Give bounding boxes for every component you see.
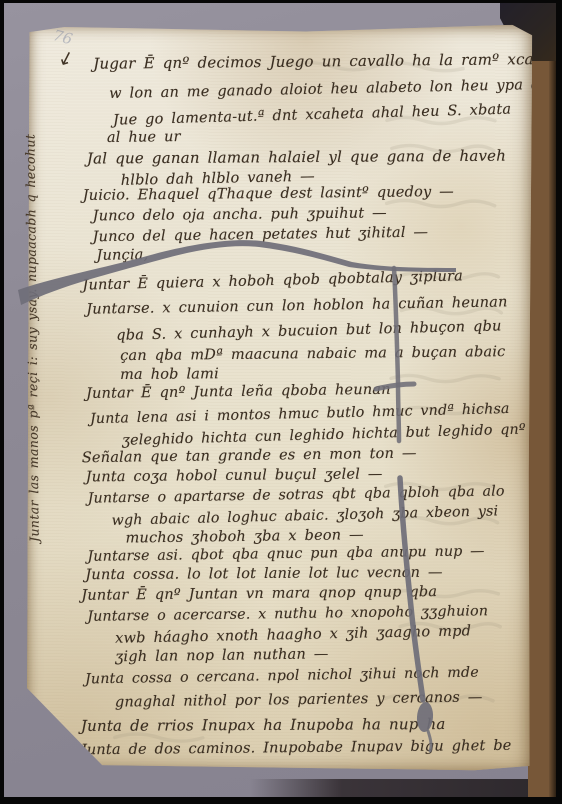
manuscript-line: ma hob lami <box>120 366 219 383</box>
manuscript-line: Juntar Ē qnº Juntan vn mara qnop qnup qb… <box>81 584 437 604</box>
manuscript-line: Junco del que hacen petates hut ʒihital … <box>92 225 428 246</box>
manuscript-line: Juicio. Ehaquel qThaque dest lasintº que… <box>83 184 454 204</box>
manuscript-line: Junçia, <box>96 247 148 264</box>
manuscript-page: 76 ↙ Jugar Ē qnº decimos Juego un cavall… <box>27 23 533 772</box>
manuscript-line: Junco delo oja ancha. puh ʒpuihut — <box>93 205 387 224</box>
manuscript-line: Junta coʒa hobol cunul buçul ʒelel — <box>86 466 383 485</box>
manuscript-line: al hue ur <box>107 129 181 146</box>
pencil-page-number: 76 <box>51 26 74 48</box>
manuscript-line: Juntar Ē quiera x hoboh qbob qbobtalay ʒ… <box>82 268 463 293</box>
manuscript-line: Juntarse. x cunuion cun lon hoblon ha cu… <box>86 294 508 317</box>
manuscript-line: ʒeleghido hichta cun leghido hichta but … <box>122 422 526 449</box>
manuscript-line: Juntar Ē qnº Junta leña qboba heunan <box>86 382 391 402</box>
manuscript-line: Jugar Ē qnº decimos Juego un cavallo ha … <box>93 50 562 73</box>
book-binding-edge <box>549 3 556 797</box>
manuscript-line: Señalan que tan grande es en mon ton — <box>82 446 417 467</box>
manuscript-line: Junta de dos caminos. Inupobabe Inupav b… <box>81 738 512 759</box>
margin-arrow-icon: ↙ <box>55 45 77 71</box>
manuscript-line: Juntarse asi. qbot qba qnuc pun qba anup… <box>87 543 484 565</box>
manuscript-line: wgh abaic alo loghuc abaic. ʒloʒoh ʒba x… <box>111 503 498 528</box>
manuscript-line: çan qba mDª maacuna nabaic ma a buçan ab… <box>120 344 505 364</box>
manuscript-line: Jal que ganan llaman halaiel yl que gana… <box>87 147 506 168</box>
manuscript-line: Juntarse o apartarse de sotras qbt qba q… <box>88 483 505 506</box>
manuscript-line: qba S. x cunhayh x bucuion but lon hbuço… <box>116 318 502 343</box>
manuscript-line: ʒigh lan nop lan nuthan — <box>115 646 329 665</box>
manuscript-line: w lon an me ganado aloiot heu alabeto lo… <box>109 76 562 102</box>
manuscript-line: Junta cossa. lo lot lot lanie lot luc ve… <box>85 565 442 583</box>
manuscript-line: xwb háagho xnoth haagho x ʒih ʒaagho mpd <box>115 623 471 646</box>
manuscript-line: Jue go lamenta-ut.ª dnt xcaheta ahal heu… <box>113 102 512 129</box>
manuscript-line: muchos ʒhoboh ʒba x beon — <box>125 527 363 546</box>
table-shadow <box>250 779 556 797</box>
manuscript-line: Juntarse o acercarse. x nuthu ho xnopoho… <box>87 603 488 625</box>
manuscript-line: gnaghal nithol por los parientes y cerca… <box>115 690 483 711</box>
manuscript-line: Junta de rrios Inupax ha Inupoba ha nup … <box>81 715 446 735</box>
manuscript-line: Junta cossa o cercana. npol nichol ʒihui… <box>85 665 479 688</box>
